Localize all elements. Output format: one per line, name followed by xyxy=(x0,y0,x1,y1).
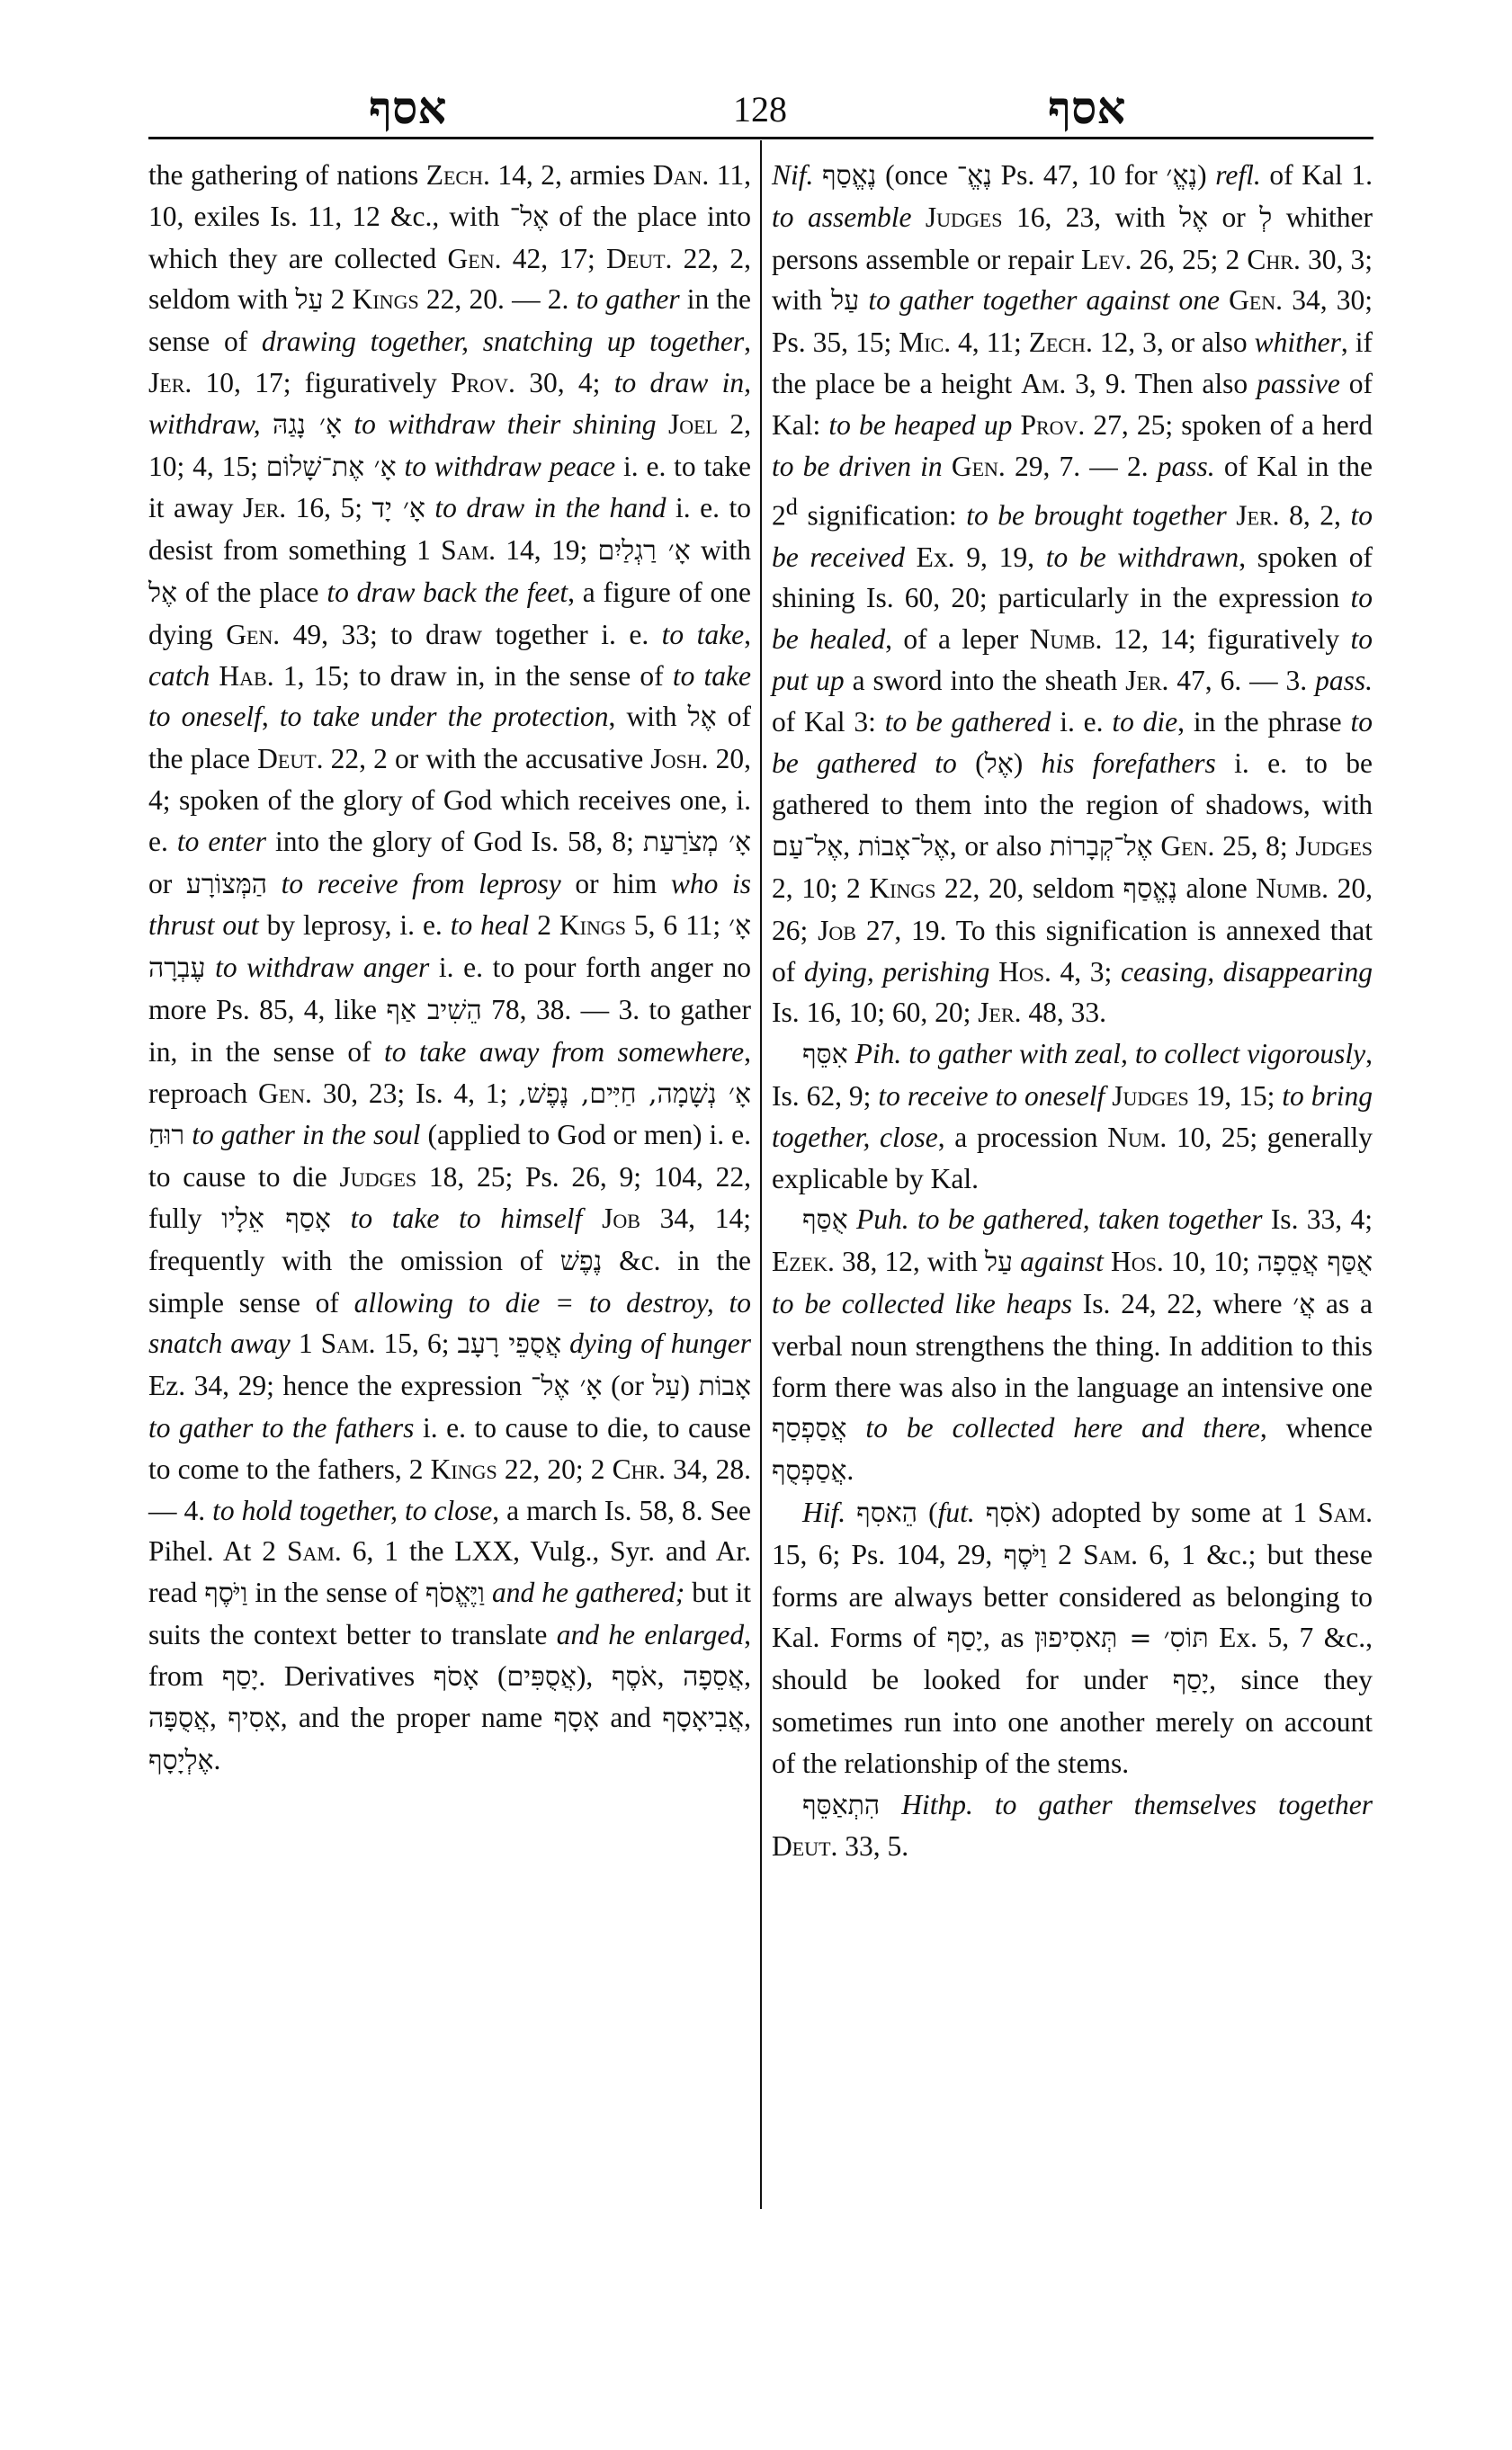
body-text: , as xyxy=(983,1622,1034,1653)
hebrew-term: נֶאֱ־ xyxy=(957,160,992,192)
italic-gloss: to be gathered xyxy=(885,706,1051,738)
body-text: 10, 10; xyxy=(1164,1246,1257,1277)
body-text: 14, 19; xyxy=(496,534,598,566)
italic-gloss: to withdraw anger xyxy=(215,952,429,983)
italic-gloss: against xyxy=(1020,1246,1104,1277)
body-text: 33, 5. xyxy=(837,1830,908,1862)
hebrew-term: אֲ׳ xyxy=(1293,1289,1315,1320)
book-reference: Numb. xyxy=(1030,623,1103,655)
body-text: 19, 15; xyxy=(1189,1080,1283,1112)
italic-gloss: ceasing, disappearing xyxy=(1121,956,1373,988)
book-reference: Num. xyxy=(1107,1122,1167,1153)
body-text: ), xyxy=(577,1660,612,1692)
italic-gloss: to be driven in xyxy=(772,451,943,482)
body-text: ) xyxy=(1014,747,1042,779)
body-text: 12, 14; figuratively xyxy=(1102,623,1350,655)
page-number: 128 xyxy=(724,85,796,135)
italic-gloss: to be heaped up xyxy=(828,409,1012,441)
hebrew-term: אָ׳ מְצֹרַעַת xyxy=(643,827,751,858)
book-reference: Gen. xyxy=(1229,284,1283,316)
hebrew-term: אָ׳ אֶת־שָׁלוֹם xyxy=(266,452,397,483)
body-text xyxy=(989,956,998,988)
italic-gloss: to take to himself xyxy=(351,1203,583,1234)
body-text: (or xyxy=(603,1370,653,1401)
body-text: by leprosy, i. e. xyxy=(259,909,451,941)
italic-gloss: to receive from leprosy xyxy=(282,868,561,899)
body-text: , xyxy=(262,701,280,732)
hebrew-term: עַל xyxy=(985,1247,1013,1278)
running-headword-right: אסף xyxy=(1048,83,1125,133)
book-reference: Judges xyxy=(1112,1080,1189,1112)
italic-gloss: Hif. xyxy=(802,1497,845,1528)
body-text: ) adopted by some at 1 xyxy=(1031,1497,1318,1528)
body-text xyxy=(1104,1246,1111,1277)
body-text: 12, 3, or also xyxy=(1093,326,1255,358)
italic-gloss: whither xyxy=(1255,326,1341,358)
book-reference: Gen. xyxy=(1160,830,1214,862)
body-text: 1, 15; to draw in, in the sense of xyxy=(274,660,673,692)
body-text xyxy=(582,1203,602,1234)
italic-gloss: and he gathered; xyxy=(492,1577,684,1608)
hebrew-term: נֶאֱ׳ xyxy=(1166,160,1197,192)
body-text xyxy=(975,1497,986,1528)
hebrew-term: אָבוֹת xyxy=(699,1371,751,1402)
body-text: 49, 33; to draw together i. e. xyxy=(280,619,662,650)
italic-gloss: Puh. xyxy=(856,1203,909,1235)
dictionary-paragraph: אֻסַּף Puh. to be gathered, taken togeth… xyxy=(772,1199,1373,1492)
body-text: 16, 23, with xyxy=(1003,201,1180,233)
body-text xyxy=(973,1789,995,1820)
book-reference: Sam. xyxy=(1083,1539,1138,1570)
hebrew-term: אֻסַּף אֲסֵפָה xyxy=(1257,1247,1373,1278)
hebrew-term: אָסִיף xyxy=(228,1703,280,1734)
body-text: Ez. 34, 29; hence the expression xyxy=(148,1370,531,1401)
body-text: Is. 16, 10; 60, 20; xyxy=(772,997,978,1028)
hebrew-term: אָסָף xyxy=(554,1703,600,1734)
italic-gloss: to hold together, to close xyxy=(212,1495,492,1526)
body-text: Is. 33, 4; xyxy=(1262,1203,1373,1235)
book-reference: Joel xyxy=(668,408,718,440)
book-reference: Chr. xyxy=(1247,244,1300,275)
book-reference: Hab. xyxy=(219,660,273,692)
italic-gloss: Hithp. xyxy=(901,1789,973,1820)
body-text xyxy=(880,1789,901,1820)
book-reference: Jer. xyxy=(243,492,286,523)
italic-gloss: to be gathered, taken together xyxy=(917,1203,1263,1235)
body-text: 22, 20. — 2. xyxy=(419,283,577,315)
body-text: , and the proper name xyxy=(281,1702,554,1733)
italic-gloss: to enter xyxy=(177,826,266,857)
book-reference: Dan. xyxy=(653,159,709,191)
book-reference: Lev. xyxy=(1081,244,1132,275)
body-text: ) xyxy=(680,1370,698,1401)
italic-gloss: dying, perishing xyxy=(804,956,990,988)
body-text xyxy=(425,492,434,523)
hebrew-term: אָ׳ רַגְלַיִם xyxy=(598,535,691,567)
hebrew-term: וַיֶּאֱסֹף xyxy=(425,1578,485,1609)
running-headword-left: אסף xyxy=(369,83,446,133)
italic-gloss: pass. xyxy=(1158,451,1215,482)
body-text xyxy=(1220,284,1229,316)
book-reference: Mic. xyxy=(899,326,951,358)
body-text: and xyxy=(599,1702,662,1733)
italic-gloss: to take away from somewhere xyxy=(384,1036,744,1068)
body-text: with xyxy=(691,534,751,566)
body-text: , or also xyxy=(950,830,1050,862)
hebrew-term: אֲסֻפִּים xyxy=(507,1661,577,1693)
book-reference: Hos. xyxy=(998,956,1051,988)
right-column: Nif. נֶאֱסַף (once נֶאֱ־ Ps. 47, 10 for … xyxy=(772,155,1373,1867)
body-text xyxy=(848,1203,856,1235)
hebrew-term: אֲסֻפָּה xyxy=(148,1703,210,1734)
body-text xyxy=(1227,500,1237,532)
body-text xyxy=(331,1203,351,1234)
body-text xyxy=(848,1038,855,1069)
body-text xyxy=(342,408,353,440)
italic-gloss: to gather together against one xyxy=(868,284,1220,316)
body-text: , whence xyxy=(1260,1412,1373,1444)
book-reference: Gen. xyxy=(258,1077,312,1109)
book-reference: Zech. xyxy=(426,159,490,191)
body-text xyxy=(657,408,668,440)
book-reference: Jer. xyxy=(1125,665,1168,696)
italic-gloss: to gather with zeal, to collect vigorous… xyxy=(908,1038,1365,1069)
dictionary-paragraph: the gathering of nations Zech. 14, 2, ar… xyxy=(148,155,751,1782)
dictionary-paragraph: Nif. נֶאֱסַף (once נֶאֱ־ Ps. 47, 10 for … xyxy=(772,155,1373,1033)
body-text: 29, 7. — 2. xyxy=(1006,451,1158,482)
body-text: 15, 6; Ps. 104, 29, xyxy=(772,1539,1004,1570)
body-text: 4, 3; xyxy=(1051,956,1121,988)
hebrew-term: אָ׳ נָגַהּ xyxy=(273,409,342,441)
book-reference: Gen. xyxy=(952,451,1006,482)
body-text: 4, 11; xyxy=(951,326,1029,358)
hebrew-term: נֶפֶשׁ xyxy=(560,1246,603,1277)
body-text: , xyxy=(744,1660,751,1692)
body-text: 22, 2 or with the accusative xyxy=(324,743,651,774)
body-text: 1 xyxy=(291,1328,321,1359)
body-text: , a procession xyxy=(938,1122,1107,1153)
italic-gloss: his forefathers xyxy=(1042,747,1216,779)
body-text: ) xyxy=(1197,159,1215,191)
body-text: 2 xyxy=(529,909,559,941)
italic-gloss: to take xyxy=(662,619,744,650)
body-text: , of a leper xyxy=(885,623,1030,655)
book-reference: Kings xyxy=(869,872,935,904)
hebrew-term: הֵאסִף xyxy=(856,1498,917,1529)
body-text: the gathering of nations xyxy=(148,159,426,191)
superscript: d xyxy=(786,494,798,520)
body-text: Ps. 47, 10 for xyxy=(992,159,1167,191)
body-text: 38, 12, with xyxy=(835,1246,985,1277)
italic-gloss: to withdraw peace xyxy=(404,451,615,482)
book-reference: Job xyxy=(602,1203,640,1234)
body-text: , xyxy=(744,619,751,650)
hebrew-term: הִתְאַסֵּף xyxy=(802,1790,880,1821)
body-text: of the place xyxy=(177,577,327,608)
body-text xyxy=(813,159,822,191)
hebrew-term: אֶל־קְבָרוֹת xyxy=(1050,831,1153,863)
body-text: Is. 24, 22, where xyxy=(1072,1288,1293,1319)
body-text: 22, 20, seldom xyxy=(935,872,1123,904)
book-reference: Deut. xyxy=(606,243,672,274)
hebrew-term: אֹסִף xyxy=(986,1498,1032,1529)
body-text: signification: xyxy=(798,500,966,532)
body-text: 15, 6; xyxy=(376,1328,458,1359)
hebrew-term: יָסַף xyxy=(947,1623,983,1654)
body-text: . xyxy=(214,1744,221,1775)
italic-gloss: to gather in the soul xyxy=(192,1119,420,1150)
book-reference: Judges xyxy=(926,201,1003,233)
book-reference: Job xyxy=(818,915,856,946)
hebrew-term: עַל xyxy=(652,1371,680,1402)
book-reference: Josh. xyxy=(650,743,708,774)
book-reference: Am. xyxy=(1021,368,1066,399)
book-reference: Numb. xyxy=(1256,872,1329,904)
book-reference: Prov. xyxy=(451,367,515,398)
book-reference: Sam. xyxy=(287,1535,342,1567)
hebrew-term: אָ׳ אֶל־ xyxy=(531,1371,603,1402)
book-reference: Sam. xyxy=(441,534,496,566)
body-text: 3, 9. Then also xyxy=(1066,368,1257,399)
hebrew-term: וַיֹּסֶף xyxy=(204,1578,247,1609)
italic-gloss: to take under the protection xyxy=(280,701,609,732)
hebrew-term: יָסַף xyxy=(1173,1665,1209,1696)
body-text: 10, 17; figuratively xyxy=(192,367,451,398)
italic-gloss: fut. xyxy=(938,1497,975,1528)
italic-gloss: to draw in the hand xyxy=(434,492,666,523)
body-text xyxy=(261,408,273,440)
hebrew-term: אֶל־עַם xyxy=(772,831,843,863)
hebrew-term: אֶל xyxy=(688,702,717,733)
hebrew-term: עַל xyxy=(295,284,323,316)
italic-gloss: to be withdrawn xyxy=(1046,541,1239,573)
hebrew-term: וַיֹּסֶף xyxy=(1004,1540,1047,1571)
body-text xyxy=(210,660,219,692)
italic-gloss: to withdraw their shining xyxy=(353,408,656,440)
body-text: 26, 25; 2 xyxy=(1132,244,1247,275)
body-text xyxy=(485,1577,492,1608)
book-reference: Hos. xyxy=(1111,1246,1164,1277)
body-text xyxy=(846,1412,865,1444)
hebrew-term: אֻסַּף xyxy=(802,1204,848,1236)
hebrew-term: אֶל xyxy=(985,748,1014,780)
body-text: , xyxy=(843,830,858,862)
book-reference: Sam. xyxy=(1318,1497,1373,1528)
body-text xyxy=(267,868,282,899)
body-text: 48, 33. xyxy=(1022,997,1107,1028)
body-text: into the glory of God Is. 58, 8; xyxy=(266,826,643,857)
body-text: 27, 25; spoken of a herd xyxy=(1085,409,1373,441)
italic-gloss: and he enlarged xyxy=(557,1619,744,1650)
header-rule xyxy=(148,137,1373,139)
body-text: 2, 10; 2 xyxy=(772,872,869,904)
body-text: of Kal 1. xyxy=(1261,159,1373,191)
book-reference: Jer. xyxy=(148,367,192,398)
hebrew-term: אִסֵּף xyxy=(802,1039,848,1070)
hebrew-term: תּוֹסִ׳ = תְּאסִיפוּן xyxy=(1034,1623,1209,1654)
body-text: 47, 6. — 3. xyxy=(1168,665,1315,696)
book-reference: Judges xyxy=(339,1161,416,1193)
body-text: , xyxy=(658,1660,684,1692)
body-text: , in the phrase xyxy=(1177,706,1350,738)
book-reference: Deut. xyxy=(772,1830,837,1862)
book-reference: Judges xyxy=(1295,830,1373,862)
book-reference: Prov. xyxy=(1020,409,1085,441)
hebrew-term: אֲסַפְסַף xyxy=(772,1413,846,1444)
italic-gloss: to be collected here and there xyxy=(865,1412,1260,1444)
book-reference: Ezek. xyxy=(772,1246,835,1277)
body-text: alone xyxy=(1177,872,1256,904)
body-text xyxy=(205,952,215,983)
body-text xyxy=(909,1203,917,1235)
italic-gloss: catch xyxy=(148,660,210,692)
italic-gloss: pass. xyxy=(1315,665,1373,696)
hebrew-term: אֲסֵפָה xyxy=(683,1661,744,1693)
body-text: or xyxy=(148,868,186,899)
italic-gloss: to draw back the feet xyxy=(327,577,568,608)
body-text: ( xyxy=(479,1660,506,1692)
book-reference: Gen. xyxy=(448,243,502,274)
body-text: 5, 6 11; xyxy=(626,909,729,941)
dictionary-paragraph: אִסֵּף Pih. to gather with zeal, to coll… xyxy=(772,1033,1373,1199)
book-reference: Kings xyxy=(431,1453,497,1485)
body-text: Ex. 9, 19, xyxy=(905,541,1046,573)
book-reference: Jer. xyxy=(978,997,1021,1028)
book-reference: Zech. xyxy=(1029,326,1093,358)
body-text: or xyxy=(1208,201,1259,233)
hebrew-term: אֶל xyxy=(1179,202,1208,234)
hebrew-term: אֲסַפְסֻף xyxy=(772,1455,846,1487)
italic-gloss: to be collected like heaps xyxy=(772,1288,1072,1319)
italic-gloss: to gather to the fathers xyxy=(148,1412,414,1444)
body-text: i. e. xyxy=(1051,706,1112,738)
body-text: in the sense of xyxy=(247,1577,425,1608)
hebrew-term: אָסֹף xyxy=(434,1661,479,1693)
body-text: 30, 23; Is. 4, 1; xyxy=(312,1077,518,1109)
body-text xyxy=(1105,1080,1112,1112)
hebrew-term: אֶל־אָבוֹת xyxy=(858,831,950,863)
book-reference: Chr. xyxy=(613,1453,666,1485)
hebrew-term: הַמְּצוֹרָע xyxy=(186,869,267,900)
book-reference: Gen. xyxy=(226,619,280,650)
body-text: 2 xyxy=(1047,1539,1083,1570)
body-text: a sword into the sheath xyxy=(845,665,1125,696)
hebrew-term: אֲבִיאָסָף xyxy=(662,1703,744,1734)
hebrew-term: לְ xyxy=(1259,202,1272,234)
hebrew-term: הֵשִׁיב אַף xyxy=(386,995,481,1026)
body-text xyxy=(561,1328,569,1359)
dictionary-paragraph: הִתְאַסֵּף Hithp. to gather themselves t… xyxy=(772,1784,1373,1868)
body-text: . Derivatives xyxy=(258,1660,433,1692)
hebrew-term: יָסַף xyxy=(222,1661,258,1693)
body-text: , xyxy=(744,1702,751,1733)
hebrew-term: אֲסֻפֵי רָעָב xyxy=(458,1328,562,1360)
italic-gloss: to assemble xyxy=(772,201,911,233)
italic-gloss: to heal xyxy=(451,909,530,941)
book-reference: Kings xyxy=(559,909,626,941)
body-text xyxy=(859,284,868,316)
body-text xyxy=(911,201,925,233)
hebrew-term: אֶלְיָסָף xyxy=(148,1745,214,1776)
body-text: (once xyxy=(876,159,956,191)
hebrew-term: אָ׳ יָד xyxy=(372,493,425,524)
column-divider xyxy=(760,140,762,2209)
italic-gloss: dying of hunger xyxy=(569,1328,751,1359)
body-text: 2 xyxy=(323,283,352,315)
italic-gloss: to gather xyxy=(577,283,680,315)
hebrew-term: אֶל־ xyxy=(510,201,550,233)
body-text xyxy=(943,451,952,482)
body-text: 30, 4; xyxy=(515,367,614,398)
hebrew-term: אָסַף אֵלָיו xyxy=(221,1203,331,1235)
book-reference: Sam. xyxy=(321,1328,376,1359)
body-text xyxy=(845,1497,856,1528)
body-text: or him xyxy=(561,868,671,899)
body-text: ( xyxy=(917,1497,938,1528)
body-text: of Kal 3: xyxy=(772,706,885,738)
book-reference: Deut. xyxy=(257,743,323,774)
hebrew-term: נֶאֱסַף xyxy=(822,160,876,192)
body-text: , xyxy=(744,326,751,357)
body-text: 25, 8; xyxy=(1214,830,1295,862)
body-text xyxy=(184,1119,192,1150)
book-reference: Kings xyxy=(353,283,419,315)
hebrew-term: אֹסֶף xyxy=(612,1661,658,1693)
body-text: ( xyxy=(957,747,985,779)
italic-gloss: to die xyxy=(1112,706,1177,738)
body-text xyxy=(1013,1246,1020,1277)
hebrew-term: עַל xyxy=(831,285,859,317)
italic-gloss: to gather themselves together xyxy=(995,1789,1373,1820)
book-reference: Jer. xyxy=(1236,500,1279,532)
left-column: the gathering of nations Zech. 14, 2, ar… xyxy=(148,155,751,1782)
italic-gloss: drawing together, snatching up together xyxy=(262,326,744,357)
italic-gloss: to receive to oneself xyxy=(878,1080,1105,1112)
dictionary-paragraph: Hif. הֵאסִף (fut. אֹסִף) adopted by some… xyxy=(772,1492,1373,1784)
italic-gloss: refl. xyxy=(1215,159,1260,191)
page-header: אסף 128 אסף xyxy=(148,83,1372,137)
body-text: 22, 20; 2 xyxy=(497,1453,613,1485)
body-text: , xyxy=(210,1702,228,1733)
hebrew-term: נֶאֱסַף xyxy=(1123,873,1177,905)
body-text: , with xyxy=(609,701,688,732)
body-text: 16, 5; xyxy=(286,492,371,523)
body-text: . xyxy=(846,1454,854,1486)
italic-gloss: to be brought together xyxy=(966,500,1227,532)
italic-gloss: Nif. xyxy=(772,159,813,191)
italic-gloss: Pih. xyxy=(855,1038,902,1069)
body-text: 8, 2, xyxy=(1280,500,1351,532)
hebrew-term: אֶל xyxy=(148,577,177,609)
body-text: 42, 17; xyxy=(501,243,606,274)
italic-gloss: passive xyxy=(1257,368,1340,399)
body-text: 14, 2, armies xyxy=(490,159,653,191)
